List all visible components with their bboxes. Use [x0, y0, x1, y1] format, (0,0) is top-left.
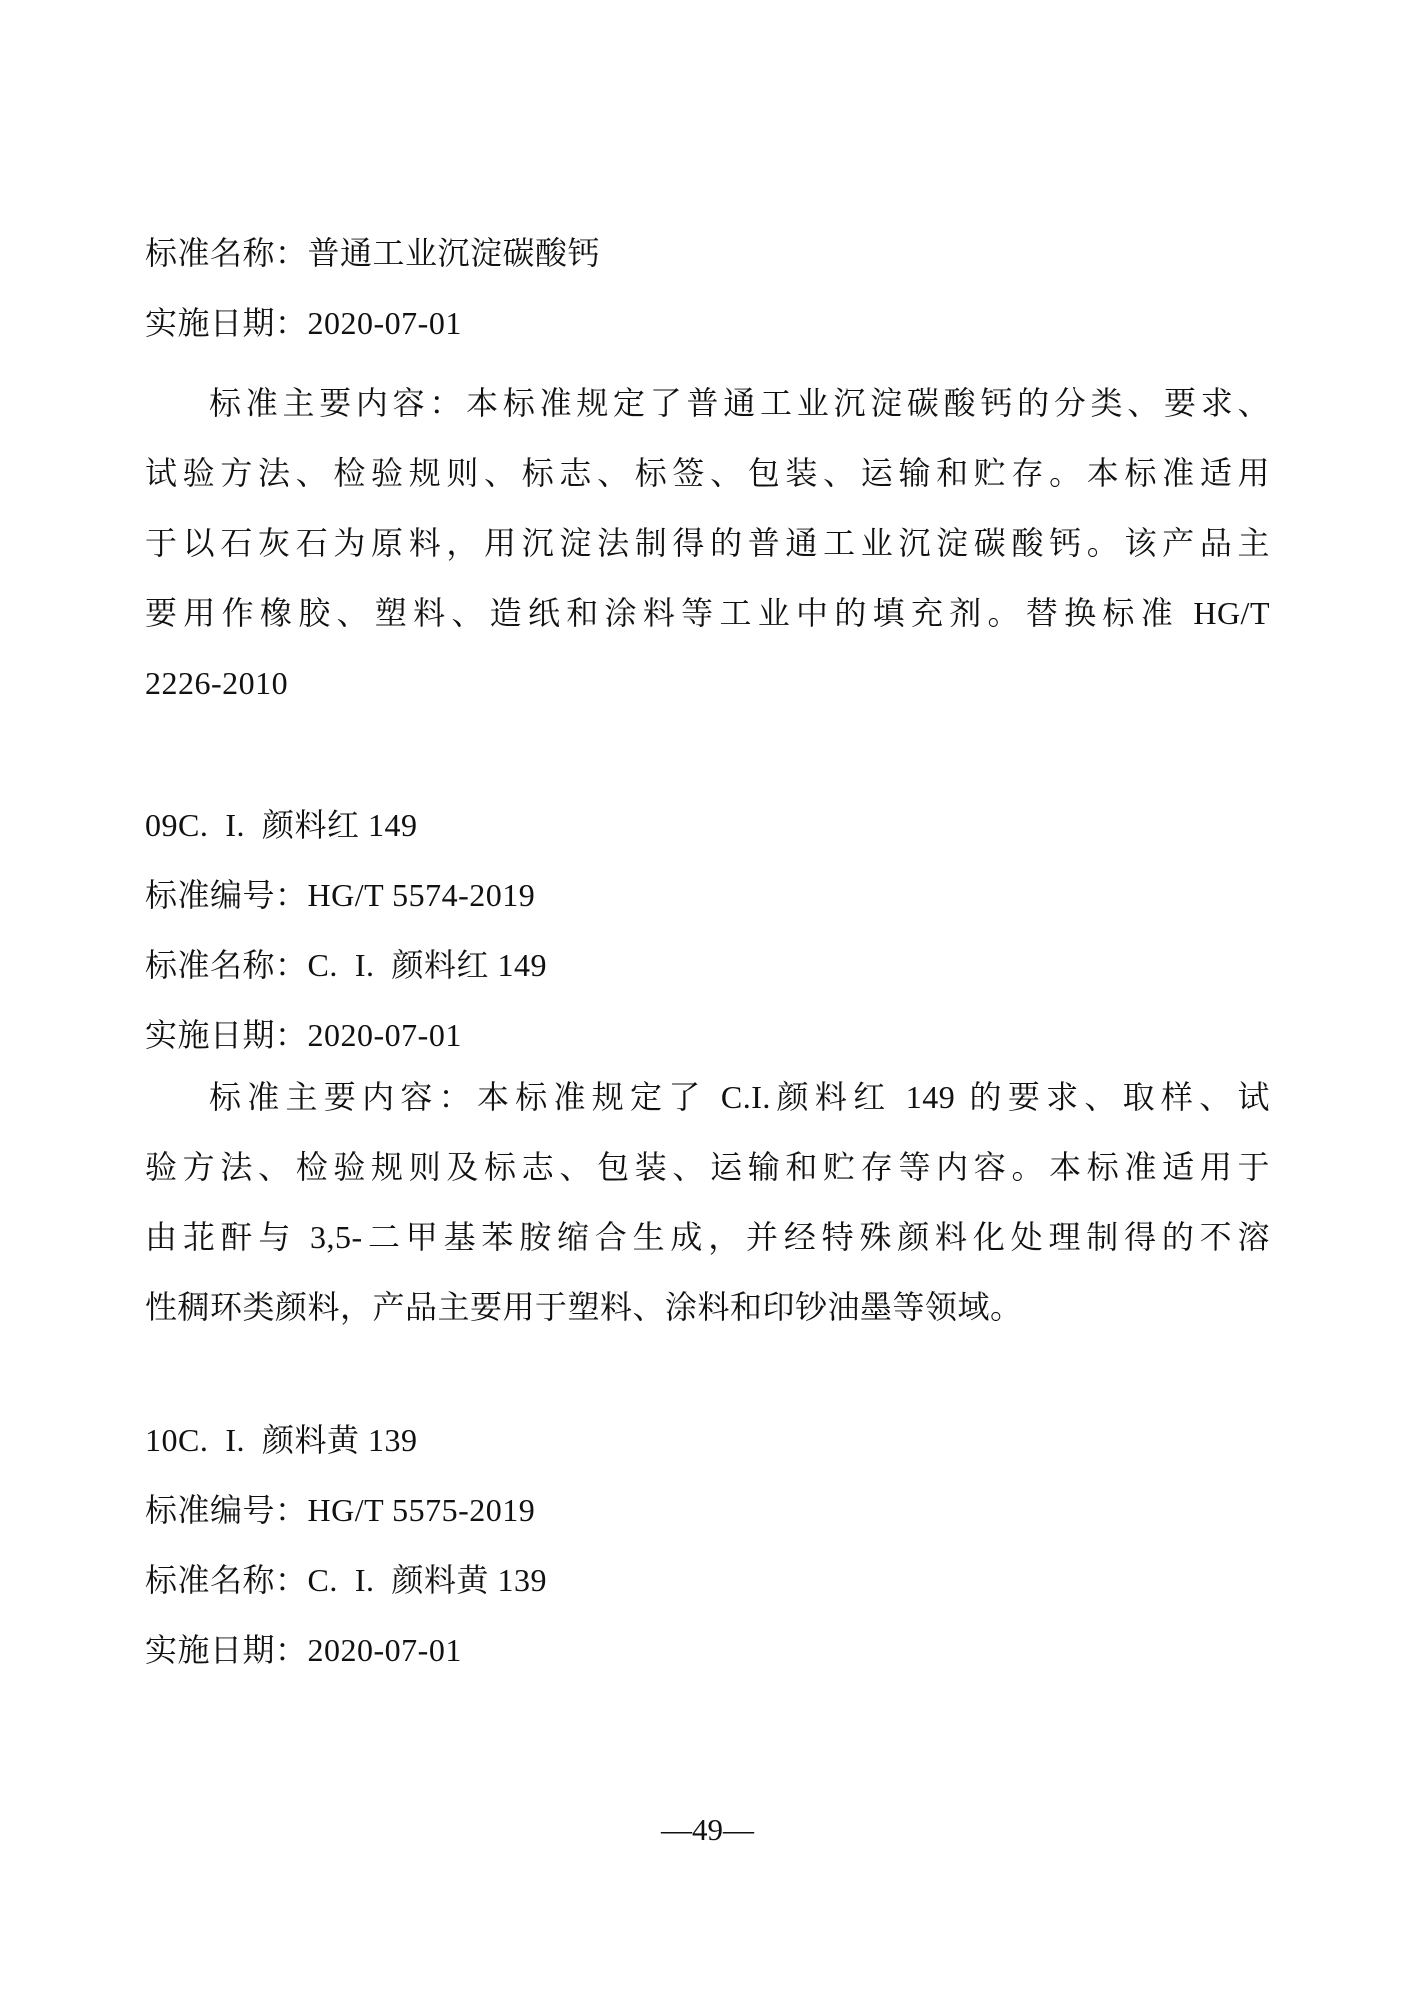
implementation-date-line: 实施日期：2020-07-01 — [145, 1615, 1270, 1685]
paragraph-line: 试验方法、检验规则、标志、标签、包装、运输和贮存。本标准适用 — [145, 438, 1270, 508]
paragraph-line: 验方法、检验规则及标志、包装、运输和贮存等内容。本标准适用于 — [145, 1132, 1270, 1202]
section-08-paragraph: 标准主要内容：本标准规定了普通工业沉淀碳酸钙的分类、要求、 试验方法、检验规则、… — [145, 368, 1270, 718]
implementation-date-line: 实施日期：2020-07-01 — [145, 1000, 1270, 1070]
implementation-date-line: 实施日期：2020-07-01 — [145, 288, 1270, 358]
standard-name-line: 标准名称：C. I. 颜料红 149 — [145, 930, 1270, 1000]
section-heading: 09C. I. 颜料红 149 — [145, 790, 1270, 860]
standard-name-line: 标准名称：普通工业沉淀碳酸钙 — [145, 218, 1270, 288]
paragraph-line: 于以石灰石为原料，用沉淀法制得的普通工业沉淀碳酸钙。该产品主 — [145, 508, 1270, 578]
section-09-fields: 09C. I. 颜料红 149 标准编号：HG/T 5574-2019 标准名称… — [145, 790, 1270, 1070]
paragraph-line: 要用作橡胶、塑料、造纸和涂料等工业中的填充剂。替换标准 HG/T — [145, 578, 1270, 648]
section-heading: 10C. I. 颜料黄 139 — [145, 1405, 1270, 1475]
paragraph-line: 标准主要内容：本标准规定了 C.I.颜料红 149 的要求、取样、试 — [145, 1062, 1270, 1132]
section-08-fields: 标准名称：普通工业沉淀碳酸钙 实施日期：2020-07-01 — [145, 218, 1270, 358]
page-number: —49— — [0, 1805, 1415, 1855]
standard-code-line: 标准编号：HG/T 5575-2019 — [145, 1475, 1270, 1545]
paragraph-line: 标准主要内容：本标准规定了普通工业沉淀碳酸钙的分类、要求、 — [145, 368, 1270, 438]
standard-code-line: 标准编号：HG/T 5574-2019 — [145, 860, 1270, 930]
document-page: 标准名称：普通工业沉淀碳酸钙 实施日期：2020-07-01 标准主要内容：本标… — [0, 0, 1415, 2000]
standard-name-line: 标准名称：C. I. 颜料黄 139 — [145, 1545, 1270, 1615]
paragraph-line: 性稠环类颜料，产品主要用于塑料、涂料和印钞油墨等领域。 — [145, 1272, 1270, 1342]
paragraph-line: 由苝酐与 3,5-二甲基苯胺缩合生成，并经特殊颜料化处理制得的不溶 — [145, 1202, 1270, 1272]
paragraph-line: 2226-2010 — [145, 648, 1270, 718]
section-09-paragraph: 标准主要内容：本标准规定了 C.I.颜料红 149 的要求、取样、试 验方法、检… — [145, 1062, 1270, 1342]
section-10-fields: 10C. I. 颜料黄 139 标准编号：HG/T 5575-2019 标准名称… — [145, 1405, 1270, 1685]
